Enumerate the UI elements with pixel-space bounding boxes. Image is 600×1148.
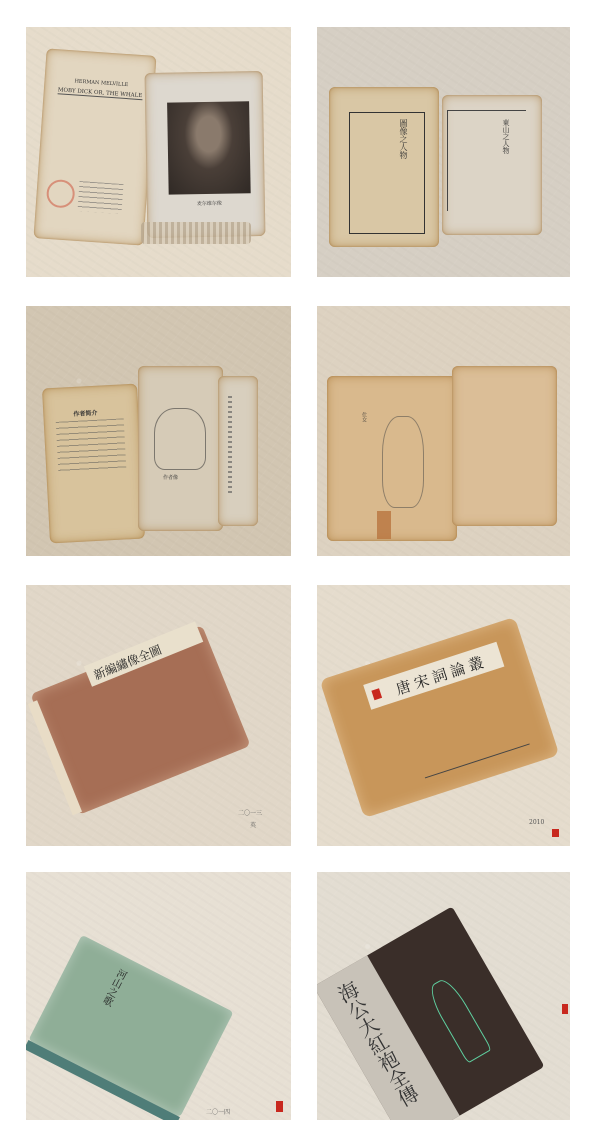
stamp [46,179,76,209]
signature-mark: 英 [250,820,256,829]
illustration-text: 東山之人物 [502,119,509,154]
text-block [56,418,127,471]
third-page [218,376,258,526]
signature: 2010 [529,819,544,826]
text-block [77,181,123,214]
page-title: 作者简介 [73,408,97,418]
seal [276,1101,283,1112]
ochre-block [377,511,391,539]
woodcut-frame [447,110,526,211]
left-page: HERMAN MELVILLE MOBY DICK OR, THE WHALE [34,48,157,245]
scholar-sketch [154,408,206,470]
seal [552,829,559,837]
woodcut-frame [349,112,425,234]
text-column [228,396,232,496]
right-page [452,366,557,526]
right-page: 麦尔维尔像 [145,71,266,238]
illustration-text: 圖像之人物 [399,119,407,159]
portrait [167,101,251,194]
artwork-panel-2: 圖像之人物 東山之人物 [317,27,570,277]
left-page: 作者简介 [42,384,145,544]
left-page: 圖像之人物 [329,87,439,247]
portrait-caption: 作者像 [163,474,178,481]
portrait-caption: 麦尔维尔像 [197,200,222,207]
page-subheader: HERMAN MELVILLE [74,78,128,88]
artwork-panel-3: 作者简介 作者像 [26,306,291,556]
artwork-panel-5: 新編繡像全圖 二〇一三 英 [26,585,291,846]
signature-date: 二〇一四 [206,1107,230,1116]
artwork-panel-7: 河山之歌 二〇一四 [26,872,291,1120]
artwork-panel-8: 海公大紅袍全傳 [317,872,570,1120]
seal [562,1004,568,1014]
page-header: MOBY DICK OR, THE WHALE [58,87,143,100]
figure-label: 仕女 [361,412,366,422]
artwork-panel-1: HERMAN MELVILLE MOBY DICK OR, THE WHALE … [26,27,291,277]
artwork-panel-4: 仕女 [317,306,570,556]
signature-date: 二〇一三 [238,808,262,817]
seal [371,688,382,700]
page-strip [141,222,251,244]
left-page: 仕女 [327,376,457,541]
right-page: 作者像 [138,366,223,531]
right-page: 東山之人物 [442,95,542,235]
artwork-panel-6: 唐宋詞論叢 2010 [317,585,570,846]
figure-drawing [382,416,424,508]
